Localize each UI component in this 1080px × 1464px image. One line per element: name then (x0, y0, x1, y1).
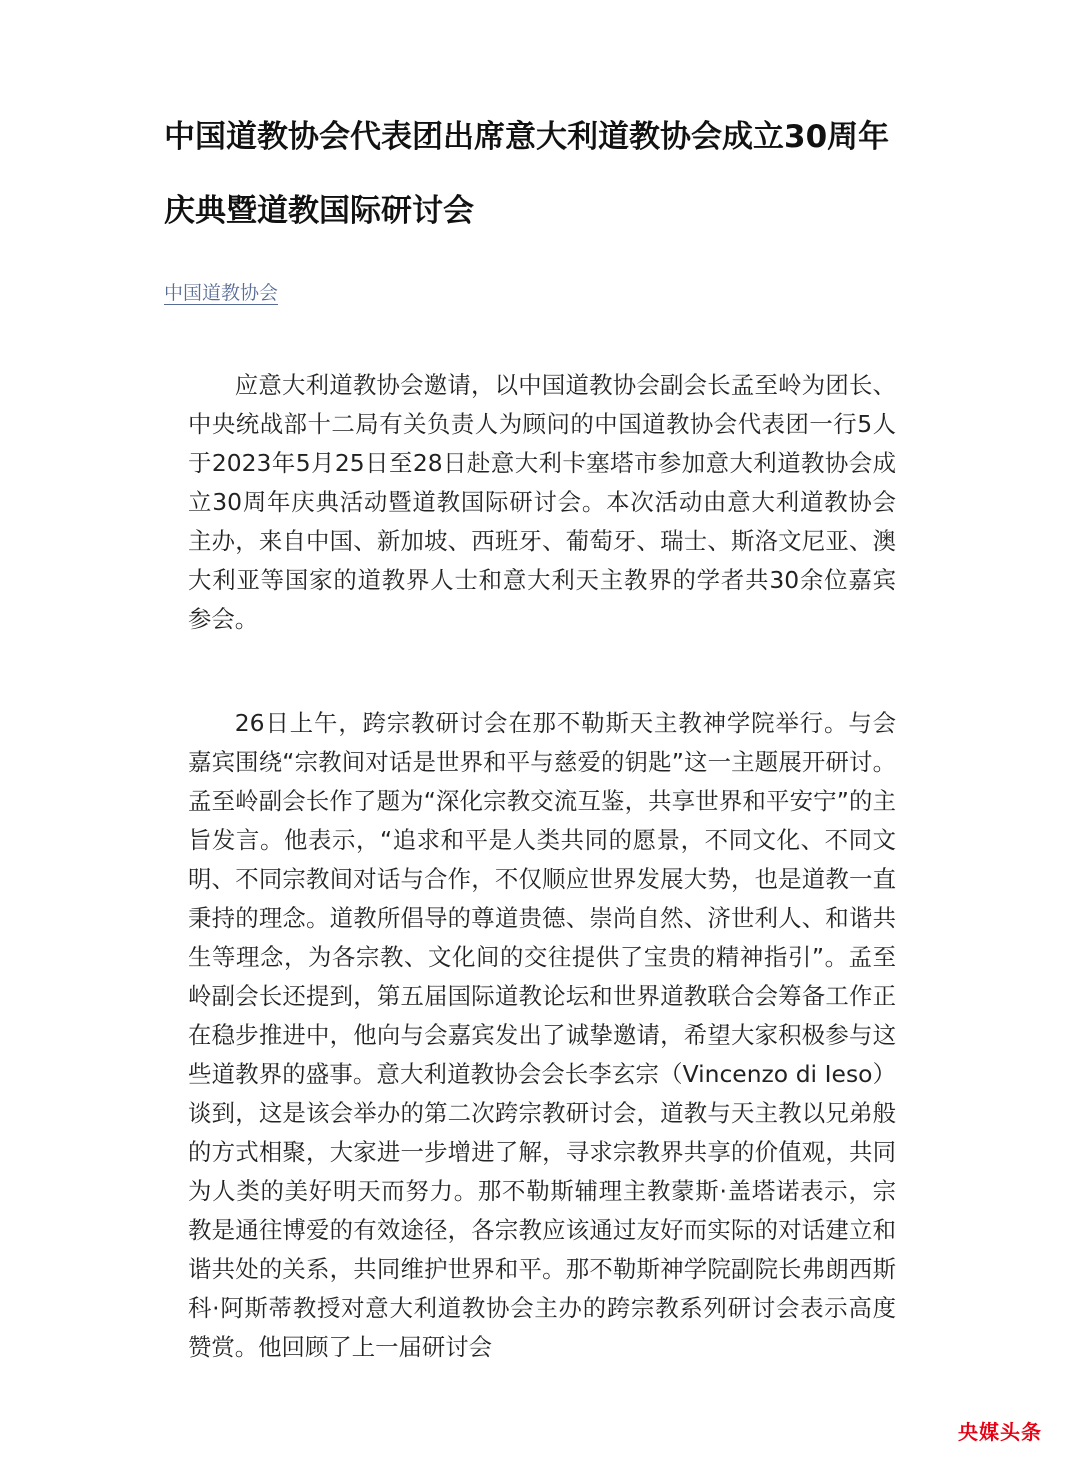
watermark-logo: 央媒头条 (958, 1416, 1042, 1445)
article-body: 应意大利道教协会邀请，以中国道教协会副会长孟至岭为团长、中央统战部十二局有关负责… (188, 366, 896, 1367)
paragraph-1: 应意大利道教协会邀请，以中国道教协会副会长孟至岭为团长、中央统战部十二局有关负责… (188, 366, 896, 639)
article-header: 中国道教协会代表团出席意大利道教协会成立30周年庆典暨道教国际研讨会 中国道教协… (164, 100, 894, 305)
source-account-link[interactable]: 中国道教协会 (164, 278, 278, 305)
paragraph-2: 26日上午，跨宗教研讨会在那不勒斯天主教神学院举行。与会嘉宾围绕“宗教间对话是世… (188, 704, 896, 1367)
article-title: 中国道教协会代表团出席意大利道教协会成立30周年庆典暨道教国际研讨会 (164, 100, 894, 248)
